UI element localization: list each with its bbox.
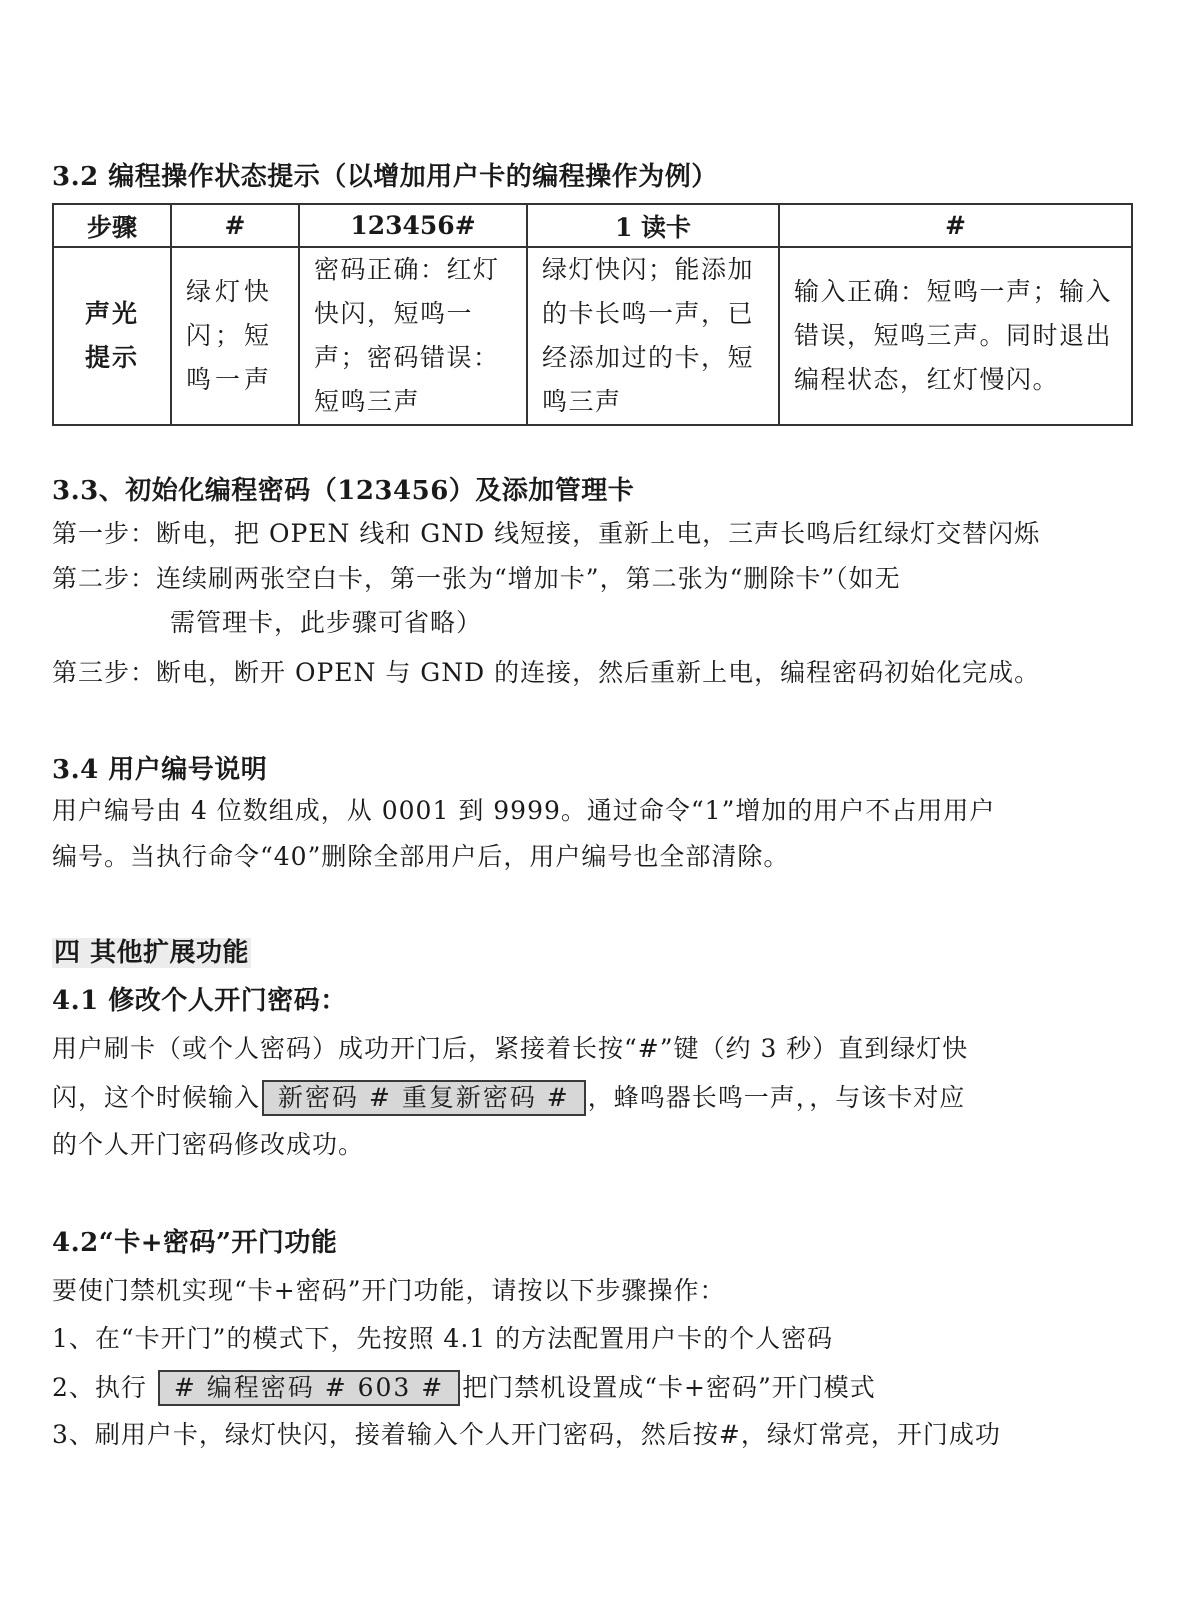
table-cell: 绿灯快闪；能添加的卡长鸣一声，已经添加过的卡，短鸣三声 [527,247,779,425]
step-label: 第三步： [52,658,156,687]
key-sequence-box: # 编程密码 # 603 # [158,1370,460,1406]
row-label: 声光 提示 [53,247,171,425]
step-line: 第一步：断电，把 OPEN 线和 GND 线短接，重新上电，三声长鸣后红绿灯交替… [52,517,1040,551]
section-4-1-title: 4.1 修改个人开门密码： [52,984,347,1018]
list-item: 1、在“卡开门”的模式下，先按照 4.1 的方法配置用户卡的个人密码 [52,1322,833,1356]
status-table: 步骤 # 123456# 1 读卡 # 声光 提示 绿灯快闪；短鸣一声 密码正确… [52,203,1133,426]
table-row: 声光 提示 绿灯快闪；短鸣一声 密码正确：红灯快闪，短鸣一声；密码错误：短鸣三声… [53,247,1132,425]
step-label: 第一步： [52,519,156,548]
table-header-row: 步骤 # 123456# 1 读卡 # [53,204,1132,247]
paragraph-line: 用户编号由 4 位数组成，从 0001 到 9999。通过命令“1”增加的用户不… [52,794,995,828]
step-line: 第二步：连续刷两张空白卡，第一张为“增加卡”，第二张为“删除卡”（如无 [52,562,901,596]
paragraph-line: 要使门禁机实现“卡+密码”开门功能，请按以下步骤操作： [52,1274,726,1308]
key-sequence-box: 新密码 # 重复新密码 # [262,1080,586,1116]
table-header: # [779,204,1132,247]
table-header: 1 读卡 [527,204,779,247]
step-line: 第三步：断电，断开 OPEN 与 GND 的连接，然后重新上电，编程密码初始化完… [52,656,1040,690]
text-before-box: 闪，这个时候输入 [52,1083,260,1112]
section-4-2-title: 4.2“卡+密码”开门功能 [52,1226,337,1260]
text-before-box: 2、执行 [52,1373,156,1402]
step-continuation: 需管理卡，此步骤可省略） [52,606,482,640]
chapter-4-title: 四 其他扩展功能 [52,936,251,970]
table-cell: 绿灯快闪；短鸣一声 [171,247,299,425]
paragraph-line: 用户刷卡（或个人密码）成功开门后，紧接着长按“#”键（约 3 秒）直到绿灯快 [52,1032,968,1066]
text-after-box: ，蜂鸣器长鸣一声，，与该卡对应 [588,1083,966,1112]
paragraph-line: 闪，这个时候输入新密码 # 重复新密码 #，蜂鸣器长鸣一声，，与该卡对应 [52,1080,965,1116]
table-cell: 输入正确：短鸣一声；输入错误，短鸣三声。同时退出编程状态，红灯慢闪。 [779,247,1132,425]
step-text: 断电，把 OPEN 线和 GND 线短接，重新上电，三声长鸣后红绿灯交替闪烁 [156,519,1040,548]
table-cell: 密码正确：红灯快闪，短鸣一声；密码错误：短鸣三声 [299,247,527,425]
paragraph-line: 的个人开门密码修改成功。 [52,1128,364,1162]
text-after-box: 把门禁机设置成“卡+密码”开门模式 [462,1373,876,1402]
section-3-3-title: 3.3、初始化编程密码（123456）及添加管理卡 [52,474,634,508]
paragraph-line: 编号。当执行命令“40”删除全部用户后，用户编号也全部清除。 [52,840,789,874]
list-item: 3、刷用户卡，绿灯快闪，接着输入个人开门密码，然后按#，绿灯常亮，开门成功 [52,1418,1001,1452]
table-header: 123456# [299,204,527,247]
table-header: 步骤 [53,204,171,247]
section-3-4-title: 3.4 用户编号说明 [52,753,267,787]
table-header: # [171,204,299,247]
row-label-line: 提示 [68,336,156,380]
step-text: 连续刷两张空白卡，第一张为“增加卡”，第二张为“删除卡”（如无 [156,564,901,593]
list-item: 2、执行 # 编程密码 # 603 #把门禁机设置成“卡+密码”开门模式 [52,1370,876,1406]
section-3-2-title: 3.2 编程操作状态提示（以增加用户卡的编程操作为例） [52,160,718,194]
step-label: 第二步： [52,564,156,593]
row-label-line: 声光 [68,292,156,336]
step-text: 断电，断开 OPEN 与 GND 的连接，然后重新上电，编程密码初始化完成。 [156,658,1040,687]
chapter-title-highlight: 四 其他扩展功能 [52,938,251,968]
